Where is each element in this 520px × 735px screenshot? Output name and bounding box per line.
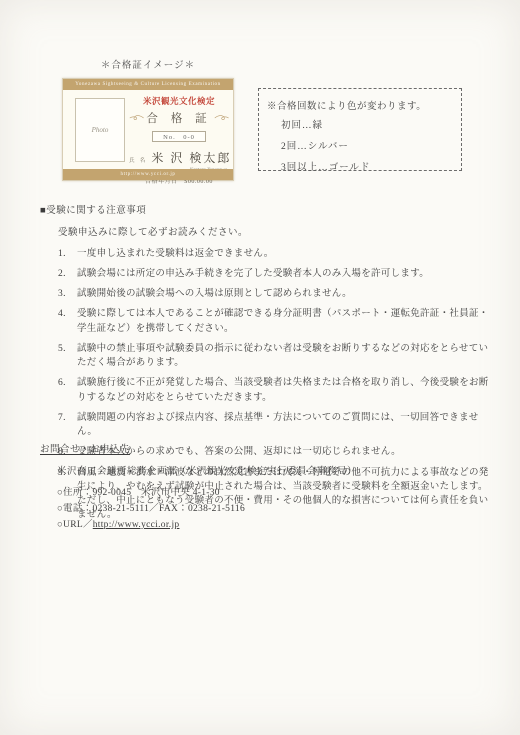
scanned-page: ＊合格証イメージ＊ Yonezawa Sightseeing & Culture…	[0, 0, 520, 735]
color-note-heading: ※合格回数により色が変わります。	[267, 98, 453, 112]
color-note-item: 2回…シルバー	[281, 138, 453, 152]
precaution-item: 試験中の禁止事項や試験委員の指示に従わない者は受験をお断りするなどの対応をとらせ…	[58, 342, 492, 371]
color-note-list: 初回…緑 2回…シルバー 3回以上…ゴールド	[267, 117, 453, 173]
precaution-item: 試験施行後に不正が発覚した場合、当該受験者は失格または合格を取り消し、今後受験を…	[58, 376, 492, 405]
contact-organization: 米沢商工会議所総務企画部（米沢観光文化検定実行委員会事務局）	[57, 465, 492, 479]
precaution-item: 試験問題の内容および採点内容、採点基準・方法についてのご質問には、一切回答できま…	[58, 411, 492, 440]
contact-url-prefix: ○URL／	[57, 520, 93, 530]
certificate-card: Yonezawa Sightseeing & Culture Licensing…	[62, 78, 234, 181]
precautions-heading: ■受験に関する注意事項	[40, 204, 492, 218]
precautions-intro: 受験申込みに際して必ずお読みください。	[58, 226, 492, 240]
contact-phone: ○電話：0238-21-5111／FAX：0238-21-5116	[57, 502, 492, 516]
contact-address: ○住所：992-0045 米沢市中央 4-1-30	[57, 486, 492, 500]
precaution-item: 一度申し込まれた受験料は返金できません。	[58, 247, 492, 261]
photo-placeholder: Photo	[75, 98, 125, 162]
contact-url-link[interactable]: http://www.ycci.or.jp	[93, 520, 180, 530]
certificate-number: No. 0-0	[152, 131, 206, 142]
holder-name-row: 氏 名 米 沢 検太郎	[129, 149, 229, 167]
exam-name: 米沢観光文化検定	[129, 95, 229, 107]
flourish-left-icon	[129, 113, 144, 123]
contact-section: お問合せ・お申込先 米沢商工会議所総務企画部（米沢観光文化検定実行委員会事務局）…	[40, 443, 492, 534]
precaution-item: 試験開始後の試験会場への入場は原則として認められません。	[58, 287, 492, 301]
contact-heading: お問合せ・お申込先	[40, 443, 492, 457]
precaution-item: 受験に際しては本人であることが確認できる身分証明書（パスポート・運転免許証・社員…	[58, 307, 492, 336]
contact-url-line: ○URL／http://www.ycci.or.jp	[57, 518, 492, 532]
color-note-item: 初回…緑	[281, 117, 453, 131]
certificate-title: 合 格 証	[146, 110, 211, 126]
precaution-item: 試験会場には所定の申込み手続きを完了した受験者本人のみ入場を許可します。	[58, 267, 492, 281]
color-note-item: 3回以上…ゴールド	[281, 159, 453, 173]
card-bottom-band: http://www.ycci.or.jp	[63, 169, 233, 180]
color-note-box: ※合格回数により色が変わります。 初回…緑 2回…シルバー 3回以上…ゴールド	[258, 88, 462, 171]
name-label: 氏 名	[129, 158, 147, 164]
card-top-band: Yonezawa Sightseeing & Culture Licensing…	[63, 79, 233, 90]
certificate-image-title: ＊合格証イメージ＊	[62, 57, 234, 71]
flourish-right-icon	[214, 113, 229, 123]
certificate-title-row: 合 格 証	[129, 110, 229, 126]
holder-name: 米 沢 検太郎	[151, 151, 231, 165]
